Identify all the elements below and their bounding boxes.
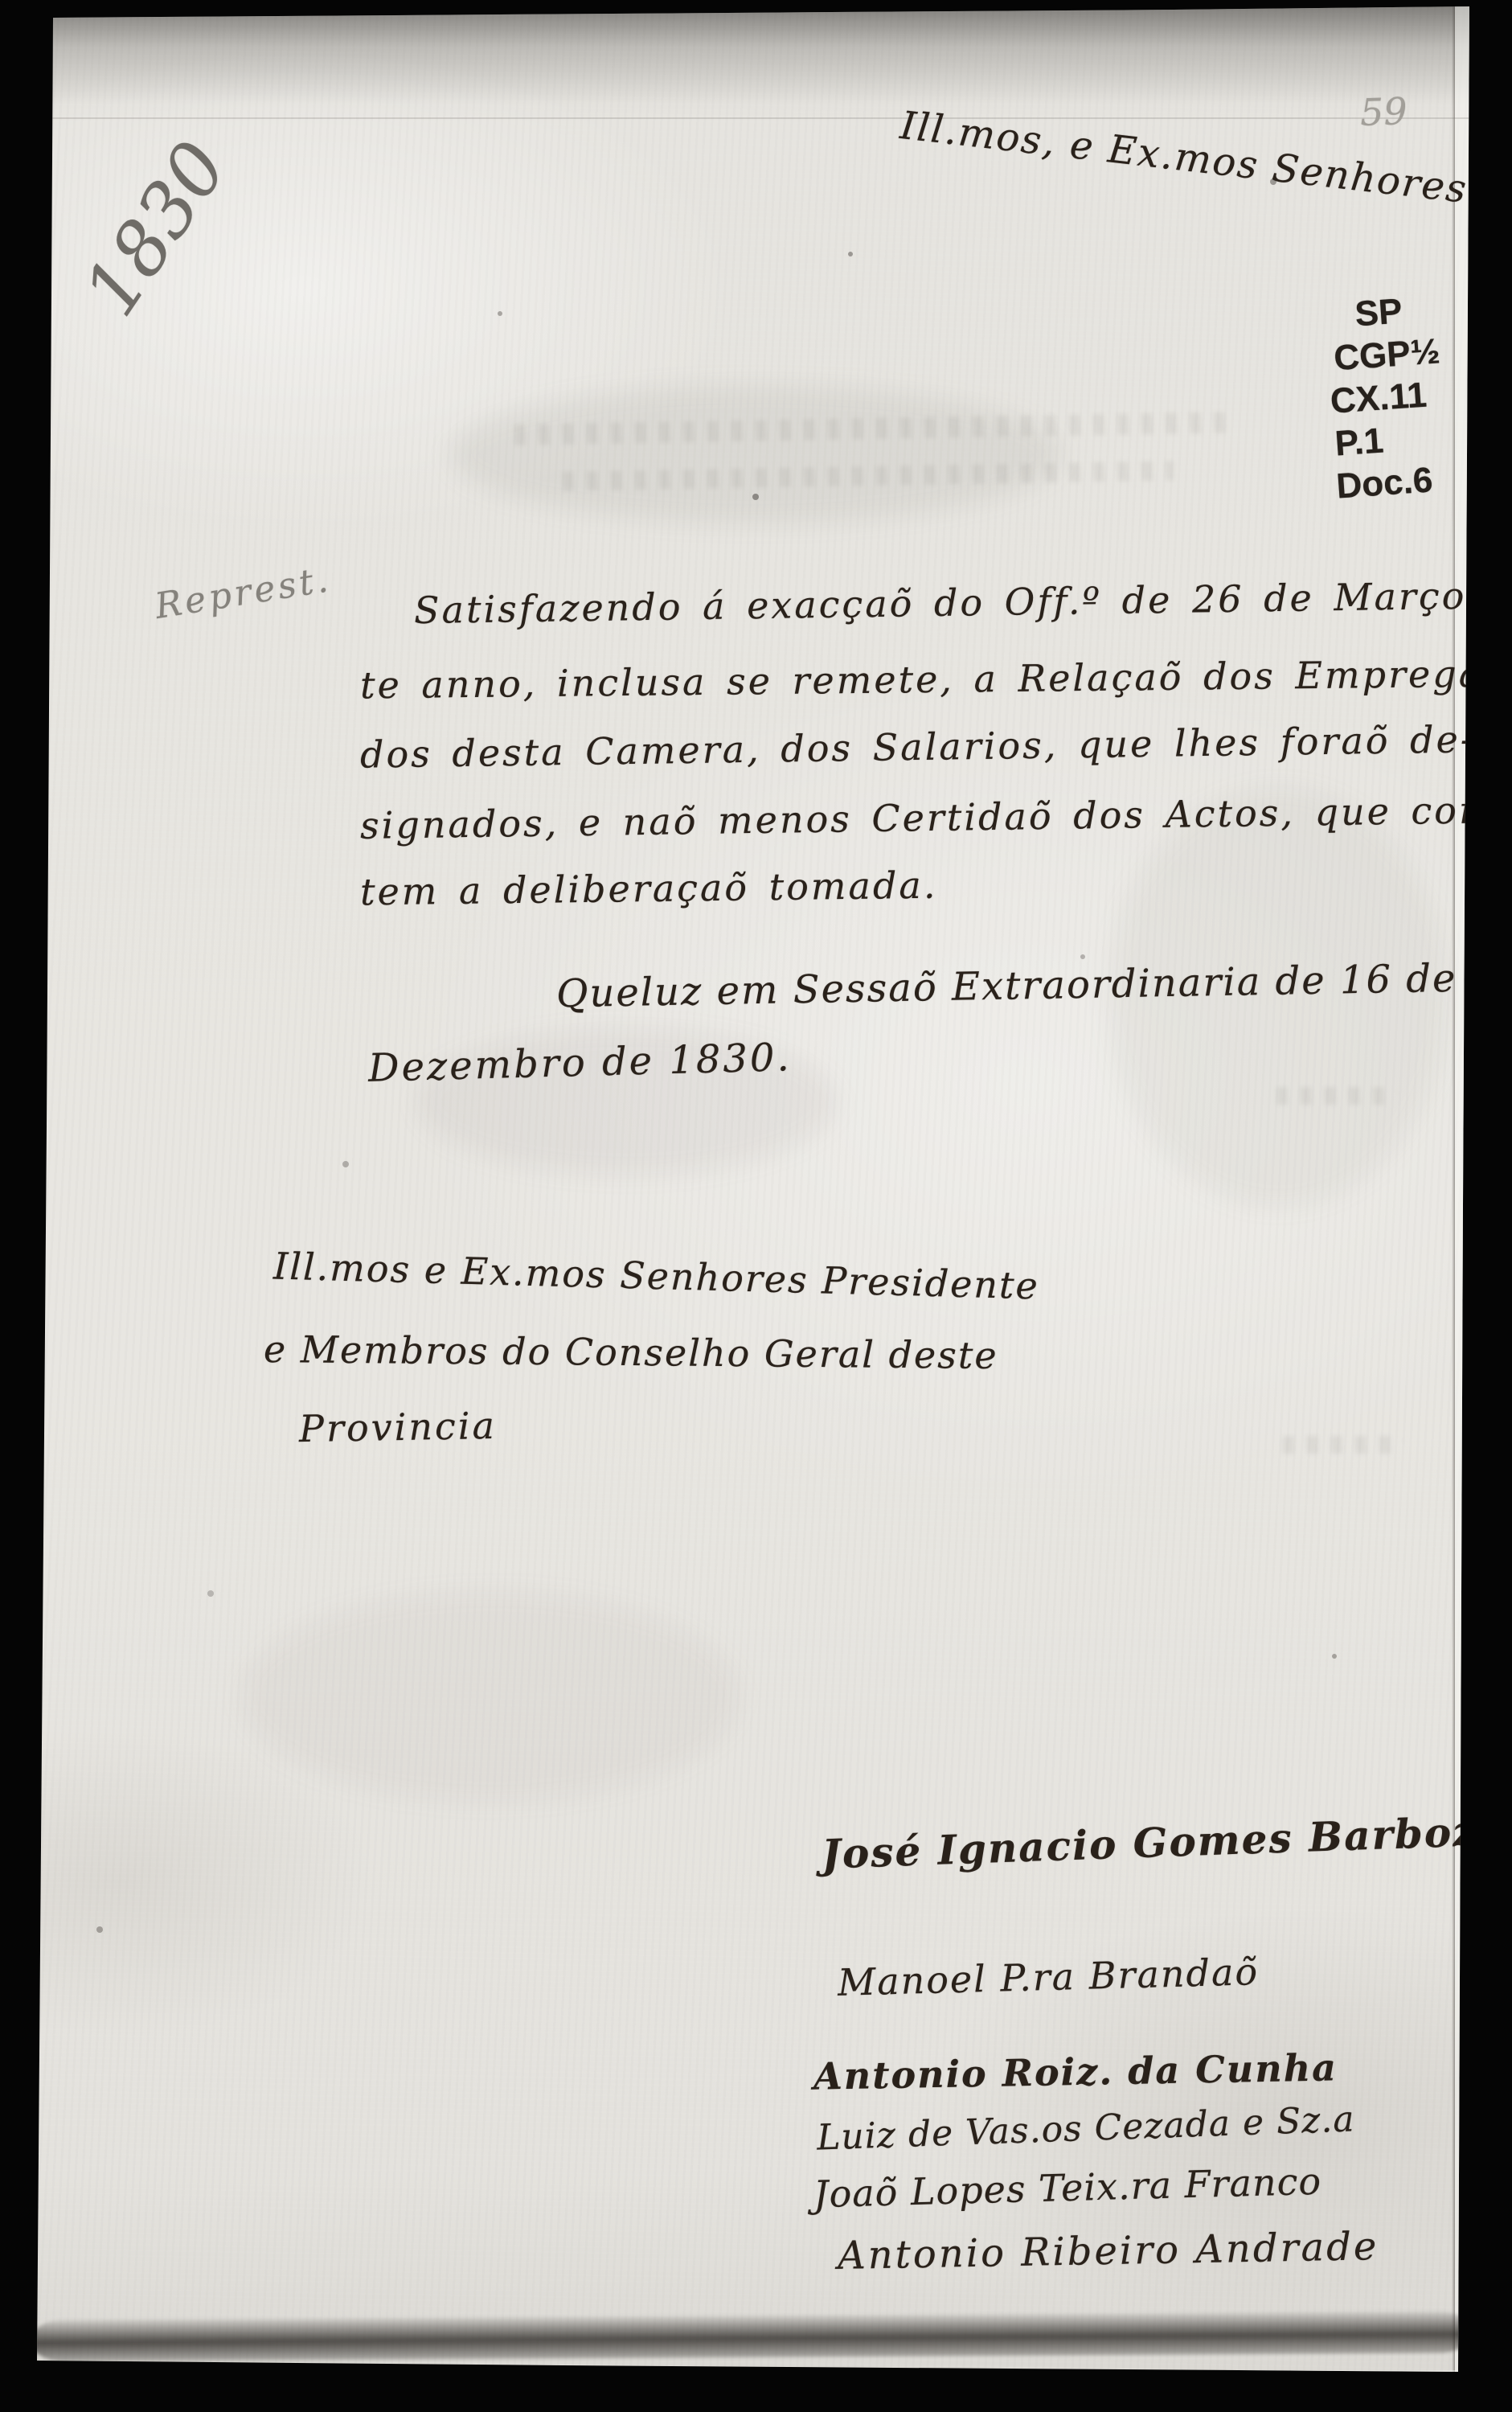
signature: Antonio Ribeiro Andrade <box>838 2224 1379 2279</box>
bleedthrough-ghost-number <box>1276 1087 1397 1105</box>
bleedthrough-stain <box>450 386 1061 523</box>
address-line: Provincia <box>299 1404 498 1450</box>
body-line: te anno, inclusa se remete, a Relaçaõ do… <box>360 652 1498 708</box>
right-page-edge-highlight <box>1455 0 1473 2372</box>
signature: Luiz de Vas.os Cezada e Sz.a <box>816 2098 1355 2158</box>
bottom-page-curl-shadow <box>32 2311 1471 2362</box>
signature: Manoel P.ra Brandaõ <box>837 1950 1259 2004</box>
address-line: Ill.mos e Ex.mos Senhores Presidente <box>272 1245 1039 1308</box>
signature: José Ignacio Gomes Barboza <box>821 1807 1506 1878</box>
stamp-box: CX.11 <box>1329 372 1444 423</box>
dateline: Dezembro de 1830. <box>367 1035 792 1091</box>
dateline: Queluz em Sessaõ Extraordinaria de 16 de… <box>556 955 1511 1017</box>
top-edge-shadow <box>0 0 1512 105</box>
address-line: e Membros do Conselho Geral deste <box>264 1327 998 1377</box>
body-line: signados, e naõ menos Certidaõ dos Actos… <box>360 788 1501 847</box>
scanned-manuscript-page: 1830 59 Represt. Ill.mos, e Ex.mos Senho… <box>0 0 1512 2412</box>
scan-artifact-line <box>0 117 1512 119</box>
signature: Antonio Roiz. da Cunha <box>813 2045 1338 2098</box>
bleedthrough-ghost-line <box>514 412 1238 445</box>
signature: Joaõ Lopes Teix.ra Franco <box>813 2160 1321 2217</box>
paper-sheet: 1830 59 Represt. Ill.mos, e Ex.mos Senho… <box>0 0 1512 2412</box>
page-number: 59 <box>1359 89 1408 134</box>
archival-stamp: SP CGP½ CX.11 P.1 Doc.6 <box>1323 287 1450 507</box>
stamp-pasta: P.1 <box>1334 415 1447 466</box>
stamp-doc: Doc.6 <box>1335 457 1450 508</box>
body-line: dos desta Camera, dos Salarios, que lhes… <box>360 717 1476 776</box>
scan-artifact-line <box>0 2370 1512 2372</box>
bleedthrough-stain <box>241 1592 740 1801</box>
year-annotation: 1830 <box>68 126 244 330</box>
margin-note: Represt. <box>152 559 334 627</box>
stamp-fond: SP <box>1354 287 1438 335</box>
bleedthrough-ghost-line <box>563 461 1174 490</box>
dust-specks <box>0 0 3 3</box>
body-line: tem a deliberaçaõ tomada. <box>360 863 938 914</box>
bleedthrough-ghost-number <box>1283 1436 1403 1454</box>
stamp-collection: CGP½ <box>1333 330 1441 379</box>
body-line: Satisfazendo á exacçaõ do Off.º de 26 de… <box>414 572 1512 632</box>
